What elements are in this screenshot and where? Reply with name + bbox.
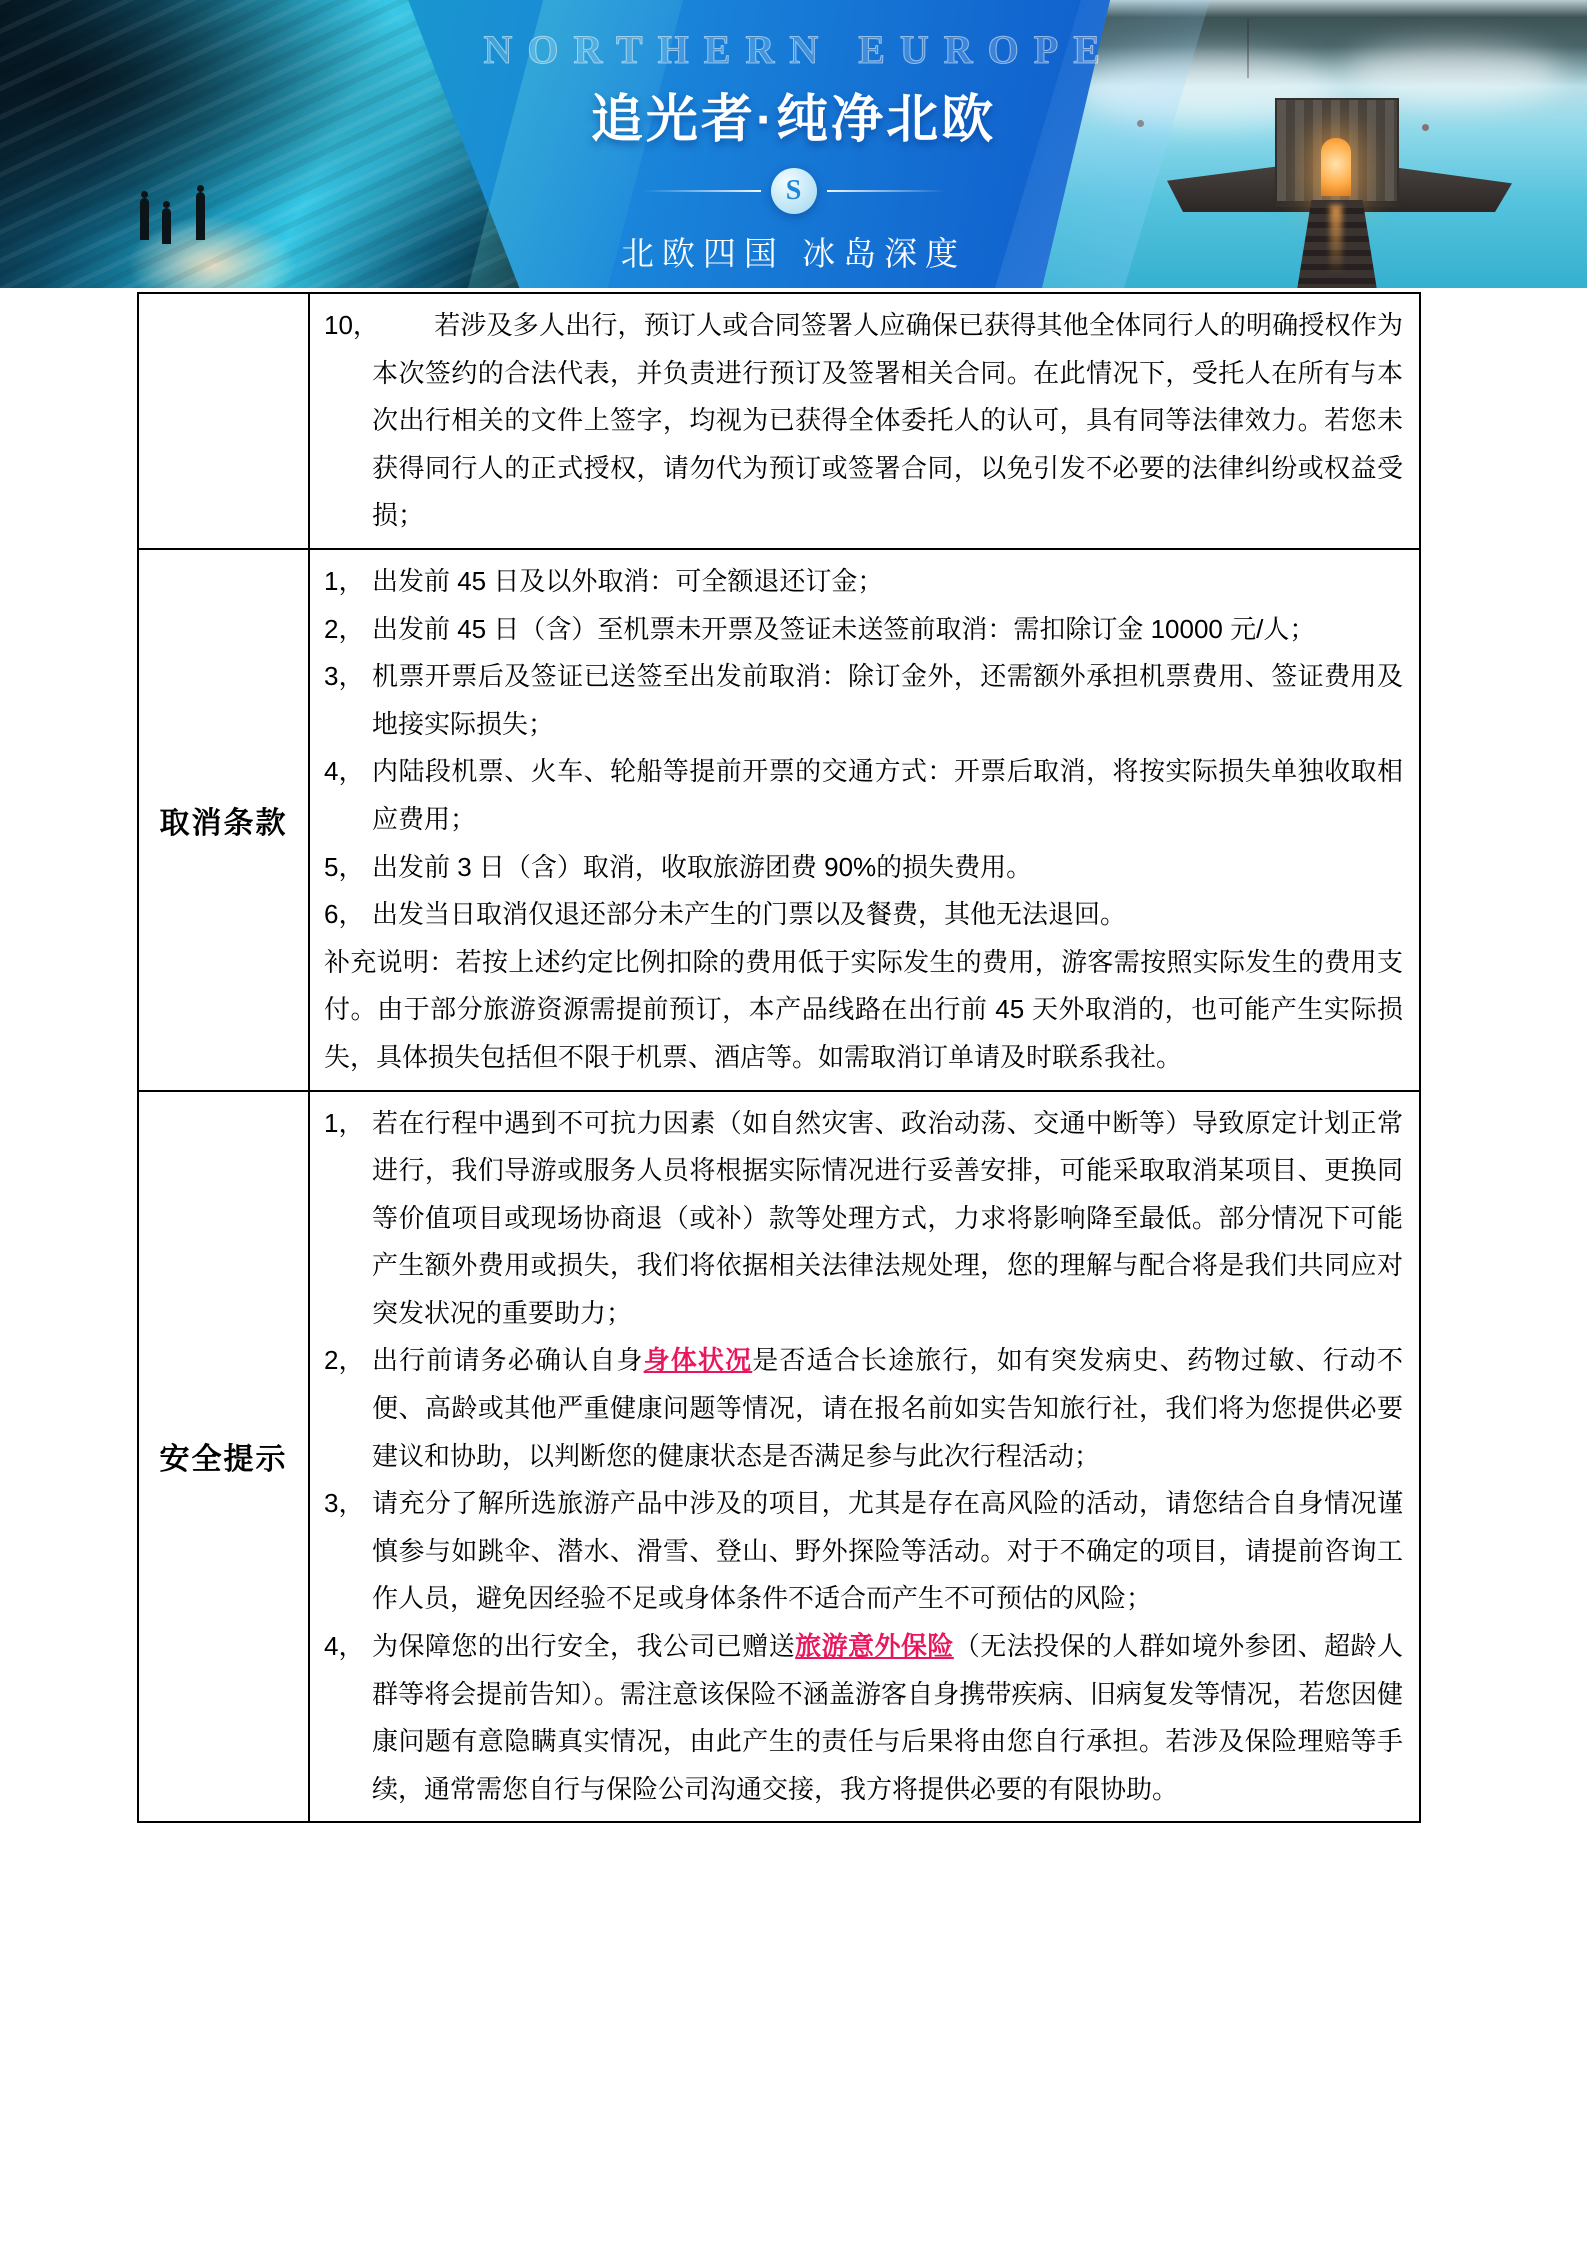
highlight-text-travel-insurance: 旅游意外保险 — [795, 1631, 954, 1661]
page: NORTHERN EUROPE 追光者·纯净北欧 S 北欧四国 冰岛深度 10，… — [0, 0, 1587, 2245]
item-number: 5， — [324, 844, 364, 892]
term-item: 2，出发前 45 日（含）至机票未开票及签证未送签前取消：需扣除订金 10000… — [324, 606, 1403, 654]
table-row-cancellation: 取消条款 1，出发前 45 日及以外取消：可全额退还订金； 2，出发前 45 日… — [139, 548, 1419, 1090]
row-label-cancellation: 取消条款 — [139, 550, 310, 1090]
logo-letter: S — [786, 175, 802, 207]
person-silhouette — [196, 192, 205, 240]
item-number: 3， — [324, 653, 364, 701]
steam-mist — [1342, 45, 1562, 105]
item-number: 1， — [324, 558, 364, 606]
term-item: 2，出行前请务必确认自身身体状况是否适合长途旅行，如有突发病史、药物过敏、行动不… — [324, 1337, 1403, 1480]
item-number: 4， — [324, 748, 364, 796]
item-text: 出发前 45 日（含）至机票未开票及签证未送签前取消：需扣除订金 10000 元… — [372, 614, 1315, 644]
term-item: 4，为保障您的出行安全，我公司已赠送旅游意外保险（无法投保的人群如境外参团、超龄… — [324, 1623, 1403, 1813]
banner-title-block: NORTHERN EUROPE 追光者·纯净北欧 S 北欧四国 冰岛深度 — [484, 0, 1104, 275]
row-content: 1，出发前 45 日及以外取消：可全额退还订金； 2，出发前 45 日（含）至机… — [310, 550, 1419, 1090]
item-number: 2， — [324, 1337, 364, 1385]
item-number: 4， — [324, 1623, 364, 1671]
term-item: 5，出发前 3 日（含）取消，收取旅游团费 90%的损失费用。 — [324, 844, 1403, 892]
bather — [1422, 124, 1429, 131]
brand-logo-icon: S — [771, 168, 817, 214]
row-label-empty — [139, 294, 310, 548]
item-text: 出发当日取消仅退还部分未产生的门票以及餐费，其他无法退回。 — [372, 899, 1126, 929]
item-number: 1， — [324, 1100, 364, 1148]
ice-texture — [0, 0, 530, 288]
light-reflection — [1330, 205, 1342, 275]
item-number: 3， — [324, 1480, 364, 1528]
divider-line — [827, 190, 945, 192]
banner-overline: NORTHERN EUROPE — [484, 26, 1104, 73]
item-text: 机票开票后及签证已送签至出发前取消：除订金外，还需额外承担机票费用、签证费用及地… — [372, 661, 1403, 739]
table-row-authorization: 10，若涉及多人出行，预订人或合同签署人应确保已获得其他全体同行人的明确授权作为… — [139, 294, 1419, 548]
term-item: 1，若在行程中遇到不可抗力因素（如自然灾害、政治动荡、交通中断等）导致原定计划正… — [324, 1100, 1403, 1338]
item-number: 2， — [324, 606, 364, 654]
banner-subtitle: 北欧四国 冰岛深度 — [484, 228, 1104, 275]
row-label-safety: 安全提示 — [139, 1092, 310, 1822]
term-item: 1，出发前 45 日及以外取消：可全额退还订金； — [324, 558, 1403, 606]
term-item: 6，出发当日取消仅退还部分未产生的门票以及餐费，其他无法退回。 — [324, 891, 1403, 939]
supplementary-note: 补充说明：若按上述约定比例扣除的费用低于实际发生的费用，游客需按照实际发生的费用… — [324, 939, 1403, 1082]
highlight-text-health-condition: 身体状况 — [644, 1345, 753, 1375]
terms-table: 10，若涉及多人出行，预订人或合同签署人应确保已获得其他全体同行人的明确授权作为… — [137, 292, 1421, 1823]
item-text: 若在行程中遇到不可抗力因素（如自然灾害、政治动荡、交通中断等）导致原定计划正常进… — [372, 1108, 1403, 1328]
item-text: 若涉及多人出行，预订人或合同签署人应确保已获得其他全体同行人的明确授权作为本次签… — [372, 310, 1403, 530]
person-silhouette — [162, 208, 171, 244]
item-text: 请充分了解所选旅游产品中涉及的项目，尤其是存在高风险的活动，请您结合自身情况谨慎… — [372, 1488, 1403, 1613]
glowing-doorway — [1321, 138, 1351, 196]
page-title: 追光者·纯净北欧 — [484, 77, 1104, 152]
table-row-safety: 安全提示 1，若在行程中遇到不可抗力因素（如自然灾害、政治动荡、交通中断等）导致… — [139, 1090, 1419, 1822]
title-divider: S — [484, 168, 1104, 214]
item-text: 出行前请务必确认自身 — [372, 1345, 644, 1375]
term-item: 10，若涉及多人出行，预订人或合同签署人应确保已获得其他全体同行人的明确授权作为… — [324, 302, 1403, 540]
term-item: 4，内陆段机票、火车、轮船等提前开票的交通方式：开票后取消，将按实际损失单独收取… — [324, 748, 1403, 843]
row-content: 1，若在行程中遇到不可抗力因素（如自然灾害、政治动荡、交通中断等）导致原定计划正… — [310, 1092, 1419, 1822]
sauna-cabin — [1277, 100, 1397, 205]
divider-line — [643, 190, 761, 192]
item-number: 10， — [324, 302, 379, 350]
item-text: 出发前 3 日（含）取消，收取旅游团费 90%的损失费用。 — [372, 852, 1032, 882]
item-text: 为保障您的出行安全，我公司已赠送 — [372, 1631, 795, 1661]
term-item: 3，请充分了解所选旅游产品中涉及的项目，尤其是存在高风险的活动，请您结合自身情况… — [324, 1480, 1403, 1623]
ice-cave-photo — [0, 0, 530, 288]
row-content: 10，若涉及多人出行，预订人或合同签署人应确保已获得其他全体同行人的明确授权作为… — [310, 294, 1419, 548]
person-silhouette — [140, 198, 149, 240]
item-text: 内陆段机票、火车、轮船等提前开票的交通方式：开票后取消，将按实际损失单独收取相应… — [372, 756, 1403, 834]
item-number: 6， — [324, 891, 364, 939]
term-item: 3，机票开票后及签证已送签至出发前取消：除订金外，还需额外承担机票费用、签证费用… — [324, 653, 1403, 748]
banner: NORTHERN EUROPE 追光者·纯净北欧 S 北欧四国 冰岛深度 — [0, 0, 1587, 288]
item-text: 出发前 45 日及以外取消：可全额退还订金； — [372, 566, 883, 596]
